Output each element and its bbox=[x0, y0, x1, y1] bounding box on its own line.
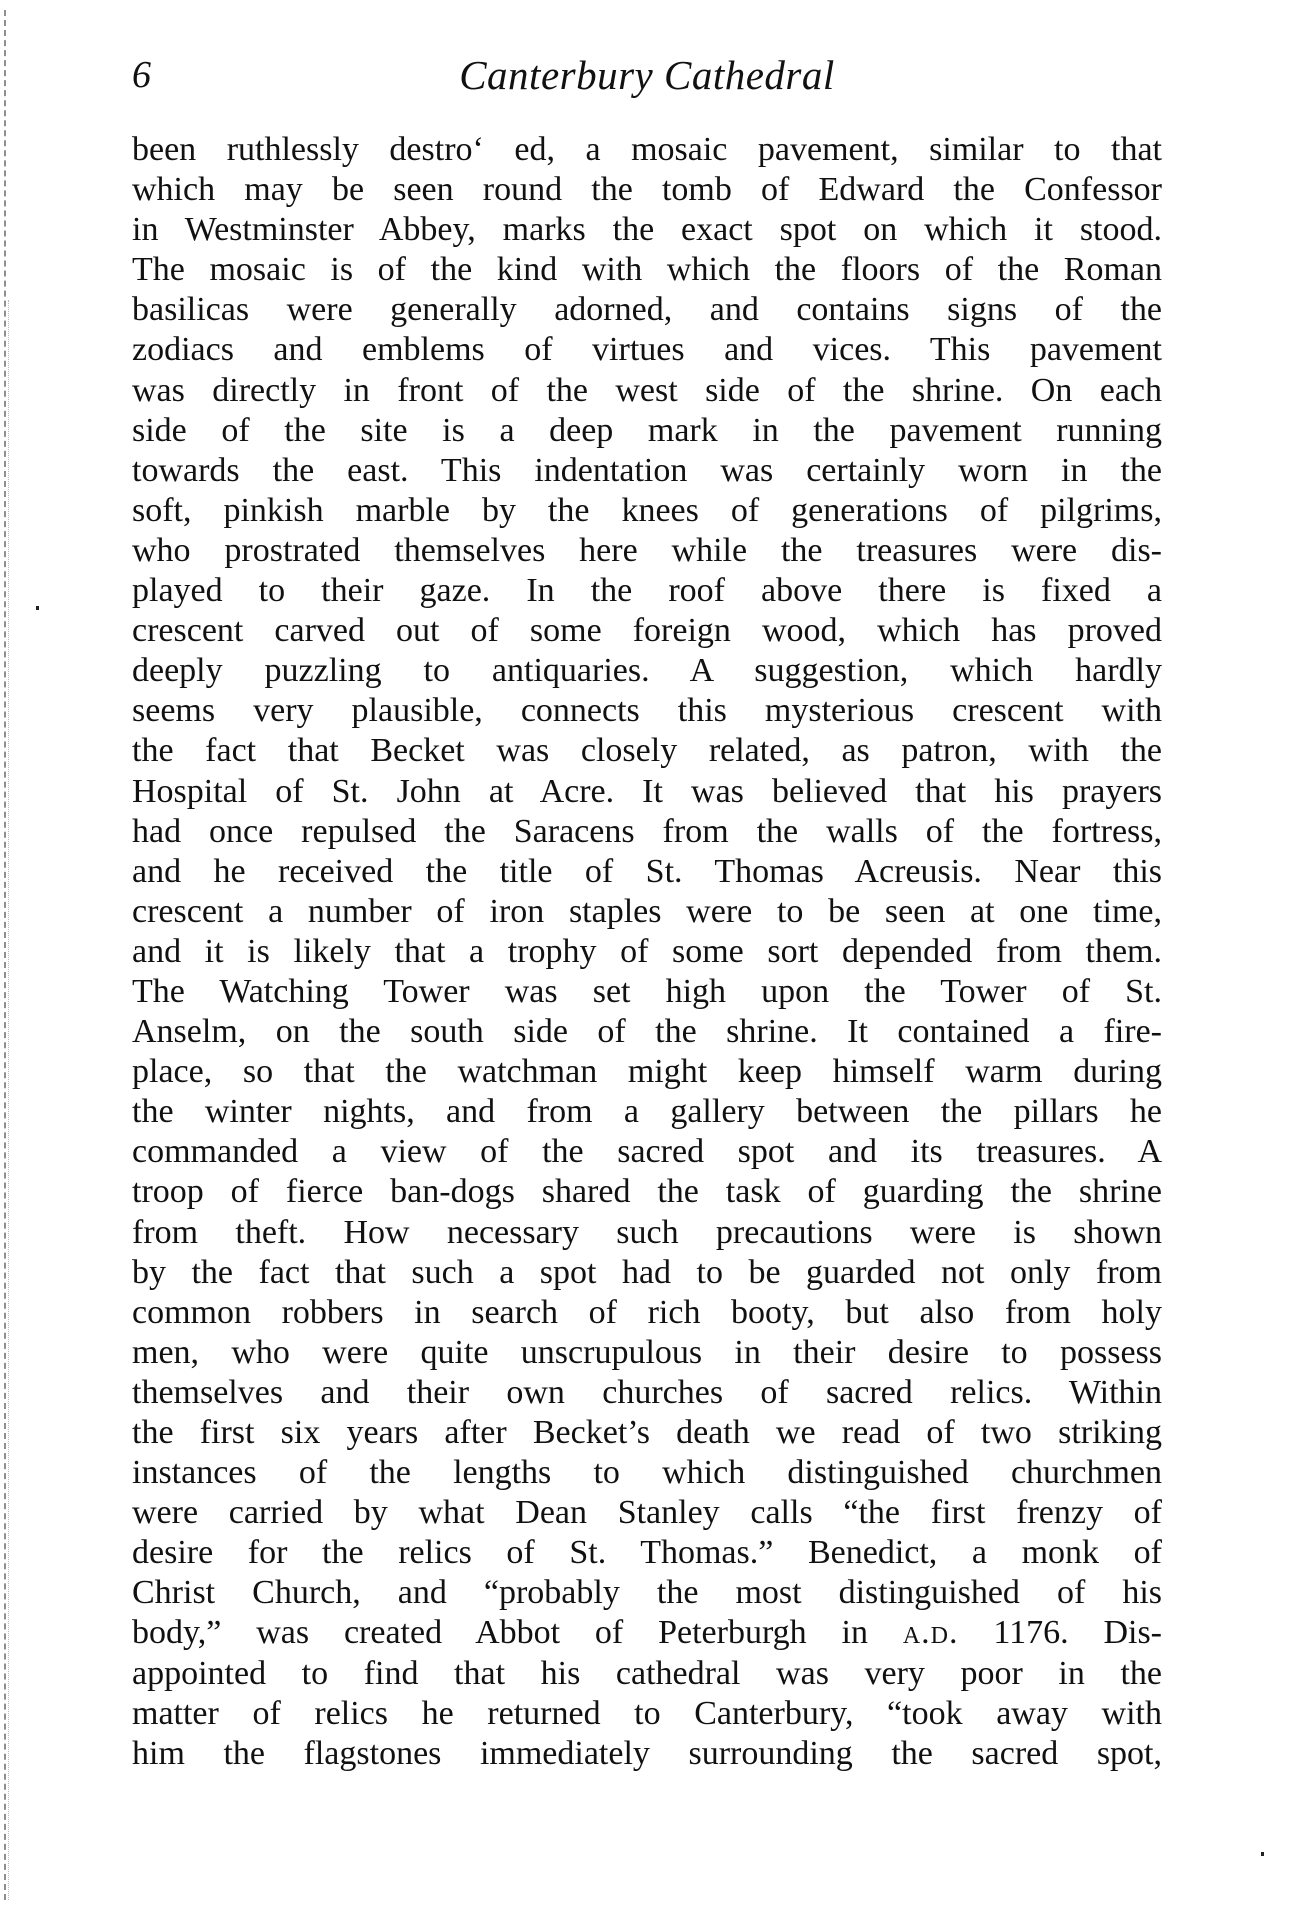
text-line: zodiacs and emblems of virtues and vices… bbox=[132, 330, 1162, 370]
text-line: men, who were quite unscrupulous in thei… bbox=[132, 1333, 1162, 1373]
scan-speck bbox=[36, 606, 39, 610]
text-line: Hospital of St. John at Acre. It was bel… bbox=[132, 772, 1162, 812]
text-line: The mosaic is of the kind with which the… bbox=[132, 250, 1162, 290]
text-line: the first six years after Becket’s death… bbox=[132, 1413, 1162, 1453]
text-line: desire for the relics of St. Thomas.” Be… bbox=[132, 1533, 1162, 1573]
text-line: the winter nights, and from a gallery be… bbox=[132, 1092, 1162, 1132]
text-line: and he received the title of St. Thomas … bbox=[132, 852, 1162, 892]
scan-speck bbox=[1261, 1852, 1264, 1856]
text-line: from theft. How necessary such precautio… bbox=[132, 1213, 1162, 1253]
text-line: themselves and their own churches of sac… bbox=[132, 1373, 1162, 1413]
text-line: matter of relics he returned to Canterbu… bbox=[132, 1694, 1162, 1734]
text-line: crescent carved out of some foreign wood… bbox=[132, 611, 1162, 651]
body-text: been ruthlessly destro‘ ed, a mosaic pav… bbox=[132, 130, 1162, 1774]
text-line: in Westminster Abbey, marks the exact sp… bbox=[132, 210, 1162, 250]
text-line: the fact that Becket was closely related… bbox=[132, 731, 1162, 771]
text-line: towards the east. This indentation was c… bbox=[132, 451, 1162, 491]
text-line: had once repulsed the Saracens from the … bbox=[132, 812, 1162, 852]
page-title: Canterbury Cathedral bbox=[132, 50, 1162, 100]
text-line: instances of the lengths to which distin… bbox=[132, 1453, 1162, 1493]
text-line: which may be seen round the tomb of Edwa… bbox=[132, 170, 1162, 210]
text-line: place, so that the watchman might keep h… bbox=[132, 1052, 1162, 1092]
text-line: appointed to find that his cathedral was… bbox=[132, 1654, 1162, 1694]
text-line: soft, pinkish marble by the knees of gen… bbox=[132, 491, 1162, 531]
text-line: Anselm, on the south side of the shrine.… bbox=[132, 1012, 1162, 1052]
text-line: who prostrated themselves here while the… bbox=[132, 531, 1162, 571]
text-line: basilicas were generally adorned, and co… bbox=[132, 290, 1162, 330]
text-line: side of the site is a deep mark in the p… bbox=[132, 411, 1162, 451]
text-line: him the flagstones immediately surroundi… bbox=[132, 1734, 1162, 1774]
scan-edge-artifact bbox=[4, 10, 6, 1900]
text-line: body,” was created Abbot of Peterburgh i… bbox=[132, 1613, 1162, 1653]
text-line: deeply puzzling to antiquaries. A sugges… bbox=[132, 651, 1162, 691]
text-line: by the fact that such a spot had to be g… bbox=[132, 1253, 1162, 1293]
text-line: been ruthlessly destro‘ ed, a mosaic pav… bbox=[132, 130, 1162, 170]
text-line: seems very plausible, connects this myst… bbox=[132, 691, 1162, 731]
scan-edge-artifact-inner bbox=[8, 300, 9, 1900]
text-line: commanded a view of the sacred spot and … bbox=[132, 1132, 1162, 1172]
text-line: was directly in front of the west side o… bbox=[132, 371, 1162, 411]
text-line: crescent a number of iron staples were t… bbox=[132, 892, 1162, 932]
text-line: were carried by what Dean Stanley calls … bbox=[132, 1493, 1162, 1533]
text-line: and it is likely that a trophy of some s… bbox=[132, 932, 1162, 972]
running-head: 6 Canterbury Cathedral bbox=[132, 50, 1162, 100]
text-line: The Watching Tower was set high upon the… bbox=[132, 972, 1162, 1012]
small-caps-era: a.d. bbox=[903, 1614, 959, 1651]
text-line: troop of fierce ban-dogs shared the task… bbox=[132, 1172, 1162, 1212]
text-line: Christ Church, and “probably the most di… bbox=[132, 1573, 1162, 1613]
text-line: played to their gaze. In the roof above … bbox=[132, 571, 1162, 611]
text-line: common robbers in search of rich booty, … bbox=[132, 1293, 1162, 1333]
